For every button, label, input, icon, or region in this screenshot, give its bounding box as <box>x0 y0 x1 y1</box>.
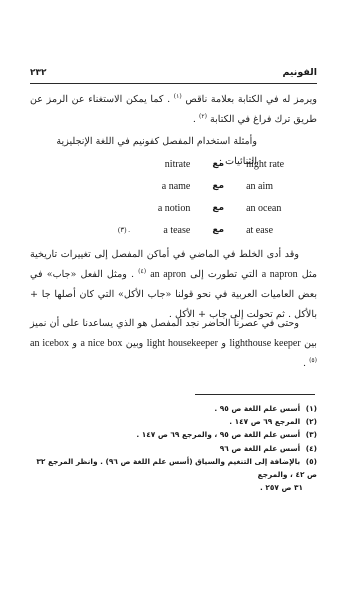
pair-row: nitrate مع night rate <box>140 153 300 175</box>
paragraph-4-text-d: و <box>69 338 77 349</box>
paragraph-4-text-b: و <box>218 338 226 349</box>
footnote-text: بالإضافة إلى التنغيم والسياق (أسس علم ال… <box>36 457 317 479</box>
pair-row: . (٣) a tease مع at ease <box>140 219 300 241</box>
pair-right: night rate <box>246 159 300 170</box>
footnote-separator <box>195 394 315 395</box>
footnote-4: (٤) أسس علم اللغة ص ٩٦ <box>30 442 317 455</box>
minimal-pairs-list: nitrate مع night rate a name مع an aim a… <box>140 153 300 241</box>
footnote-2: (٢) المرجع ٦٩ ص ١٤٧ . <box>30 415 317 428</box>
paragraph-4: وحتى في عصرنا الحاضر نجد المفصل هو الذي … <box>30 314 317 374</box>
pair-left: a name <box>140 181 190 192</box>
paragraph-4-text-e: . <box>303 358 306 369</box>
pair-left: a notion <box>140 203 190 214</box>
pair-footnote-ref-3: . (٣) <box>118 226 130 234</box>
footnote-number: (١) <box>306 404 317 413</box>
pair-connector: مع <box>190 203 246 213</box>
pair-right: at ease <box>246 225 300 236</box>
footnote-ref-2: (٢) <box>199 113 207 120</box>
footnote-number: (٢) <box>306 417 317 426</box>
footnote-1: (١) أسس علم اللغة ص ٩٥ . <box>30 402 317 415</box>
footnote-5-continuation: ٣١ ص ٢٥٧ . <box>30 481 317 494</box>
paragraph-1-text-c: . <box>193 114 196 125</box>
footnote-text: أسس علم اللغة ص ٩٥ . <box>214 404 300 413</box>
paragraph-3: وقد أدى الخلط في الماضي في أماكن المفصل … <box>30 245 317 325</box>
paragraph-4-latin-b: light housekeeper <box>147 338 218 349</box>
paragraph-3-latin-b: an apron <box>150 269 186 280</box>
footnote-text: أسس علم اللغة ص ٩٦ <box>220 444 300 453</box>
footnote-number: (٣) <box>306 430 317 439</box>
footnote-text: المرجع ٦٩ ص ١٤٧ . <box>229 417 300 426</box>
footnote-ref-1: (١) <box>174 93 182 100</box>
footnote-ref-4: (٤) <box>138 268 146 275</box>
paragraph-3-latin-a: a napron <box>262 269 298 280</box>
footnote-text: أسس علم اللغة ص ٩٥ ، والمرجع ٦٩ ص ١٤٧ . <box>136 430 300 439</box>
pair-row: a notion مع an ocean <box>140 197 300 219</box>
pair-connector: مع <box>190 225 246 235</box>
paragraph-4-latin-c: a nice box <box>81 338 123 349</box>
pair-left: a tease <box>140 225 190 236</box>
pair-connector: مع <box>190 159 246 169</box>
footnote-ref-5: (٥) <box>309 357 317 364</box>
paragraph-4-text-c: وبين <box>122 338 143 349</box>
paragraph-4-latin-d: an icebox <box>30 338 69 349</box>
footnote-5: (٥) بالإضافة إلى التنغيم والسياق (أسس عل… <box>30 455 317 481</box>
paragraph-4-latin-a: lighthouse keeper <box>229 338 300 349</box>
footnote-number: (٤) <box>306 444 317 453</box>
pair-left: nitrate <box>140 159 190 170</box>
paragraph-3-text-b: التي تطورت إلى <box>186 269 258 280</box>
running-head: ٢٣٢ الفونيم <box>30 64 317 78</box>
pair-right: an aim <box>246 181 300 192</box>
paragraph-1: ويرمز له في الكتابة بعلامة ناقص (١) . كم… <box>30 90 317 130</box>
paragraph-1-text-a: ويرمز له في الكتابة بعلامة ناقص <box>185 94 317 105</box>
book-page: ٢٣٢ الفونيم ويرمز له في الكتابة بعلامة ن… <box>0 0 364 599</box>
footnotes: (١) أسس علم اللغة ص ٩٥ . (٢) المرجع ٦٩ ص… <box>30 402 317 494</box>
pair-connector: مع <box>190 181 246 191</box>
header-rule <box>30 83 317 84</box>
page-number: ٢٣٢ <box>30 68 46 78</box>
footnote-3: (٣) أسس علم اللغة ص ٩٥ ، والمرجع ٦٩ ص ١٤… <box>30 428 317 441</box>
footnote-number: (٥) <box>306 457 317 466</box>
pair-right: an ocean <box>246 203 300 214</box>
pair-row: a name مع an aim <box>140 175 300 197</box>
chapter-title: الفونيم <box>282 67 317 78</box>
